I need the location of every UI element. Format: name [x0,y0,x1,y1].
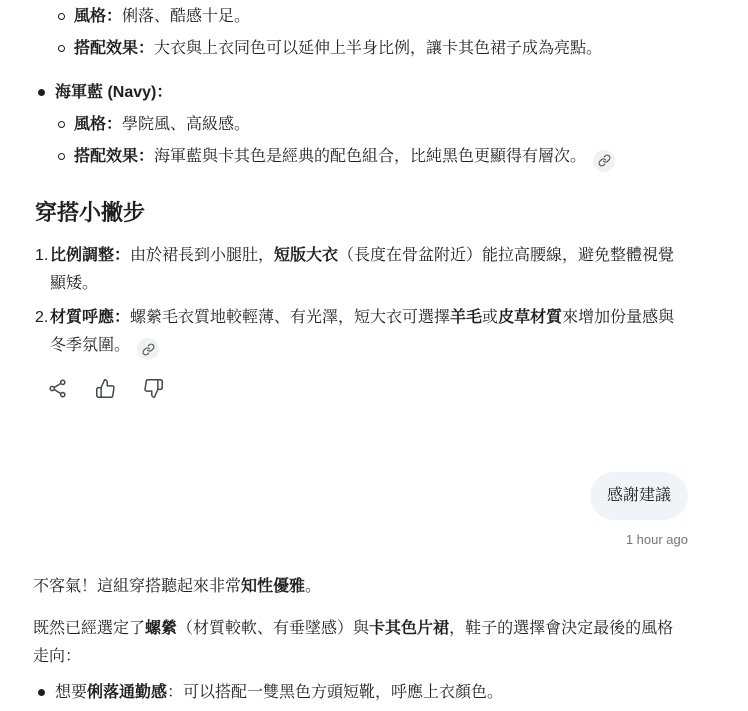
share-icon [47,378,68,399]
list-item-text: 搭配效果：大衣與上衣同色可以延伸上半身比例，讓卡其色裙子成為亮點。 [74,35,602,63]
list-number: 1. [35,242,50,298]
list-item-navy: 海軍藍 (Navy)： [38,79,688,107]
disc-bullet-icon [38,689,45,696]
user-message-bubble: 感謝建議 [590,472,688,520]
tip-item: 1. 比例調整：由於裙長到小腿肚，短版大衣（長度在骨盆附近）能拉高腰線，避免整體… [35,242,688,298]
list-item-text: 想要俐落通勤感：可以搭配一雙黑色方頭短靴，呼應上衣顏色。 [55,679,503,707]
reply-paragraph: 既然已經選定了螺縈（材質較軟、有垂墜感）與卡其色片裙，鞋子的選擇會決定最後的風格… [33,615,688,671]
list-item-text: 風格：學院風、高級感。 [74,111,250,139]
disc-bullet-icon [38,89,45,96]
list-item: 風格：俐落、酷感十足。 [58,3,688,31]
share-button[interactable] [43,374,71,402]
list-item-text: 搭配效果：海軍藍與卡其色是經典的配色組合，比純黑色更顯得有層次。 [74,143,615,172]
thumb-up-button[interactable] [91,374,119,402]
list-item: 想要俐落通勤感：可以搭配一雙黑色方頭短靴，呼應上衣顏色。 [38,679,688,707]
message-actions [43,374,688,402]
thumb-up-icon [95,378,116,399]
list-item-text: 海軍藍 (Navy)： [55,79,172,107]
message-timestamp: 1 hour ago [33,533,688,547]
thumb-down-icon [143,378,164,399]
link-icon [142,343,155,356]
user-message-row: 感謝建議 [33,472,688,520]
source-link-button[interactable] [137,338,159,360]
circle-bullet-icon [58,13,65,20]
tip-text: 材質呼應：螺縈毛衣質地較輕薄、有光澤，短大衣可選擇羊毛或皮草材質來增加份量感與冬… [50,304,688,361]
assistant-message-1: 風格：俐落、酷感十足。 搭配效果：大衣與上衣同色可以延伸上半身比例，讓卡其色裙子… [33,3,688,402]
list-number: 2. [35,304,50,361]
list-item: 搭配效果：大衣與上衣同色可以延伸上半身比例，讓卡其色裙子成為亮點。 [58,35,688,63]
tip-item: 2. 材質呼應：螺縈毛衣質地較輕薄、有光澤，短大衣可選擇羊毛或皮草材質來增加份量… [35,304,688,361]
tip-text: 比例調整：由於裙長到小腿肚，短版大衣（長度在骨盆附近）能拉高腰線，避免整體視覺顯… [50,242,688,298]
section-heading: 穿搭小撇步 [35,198,688,228]
thumb-down-button[interactable] [139,374,167,402]
assistant-message-2: 不客氣！這組穿搭聽起來非常知性優雅。 既然已經選定了螺縈（材質較軟、有垂墜感）與… [33,573,688,707]
chat-conversation: 風格：俐落、酷感十足。 搭配效果：大衣與上衣同色可以延伸上半身比例，讓卡其色裙子… [0,0,748,707]
list-item-rich-text: 搭配效果：海軍藍與卡其色是經典的配色組合，比純黑色更顯得有層次。 [74,148,586,165]
circle-bullet-icon [58,153,65,160]
source-link-button[interactable] [593,150,615,172]
link-icon [598,154,611,167]
circle-bullet-icon [58,45,65,52]
circle-bullet-icon [58,121,65,128]
list-item: 搭配效果：海軍藍與卡其色是經典的配色組合，比純黑色更顯得有層次。 [58,143,688,172]
list-item: 風格：學院風、高級感。 [58,111,688,139]
list-item-text: 風格：俐落、酷感十足。 [74,3,250,31]
reply-paragraph: 不客氣！這組穿搭聽起來非常知性優雅。 [33,573,688,601]
